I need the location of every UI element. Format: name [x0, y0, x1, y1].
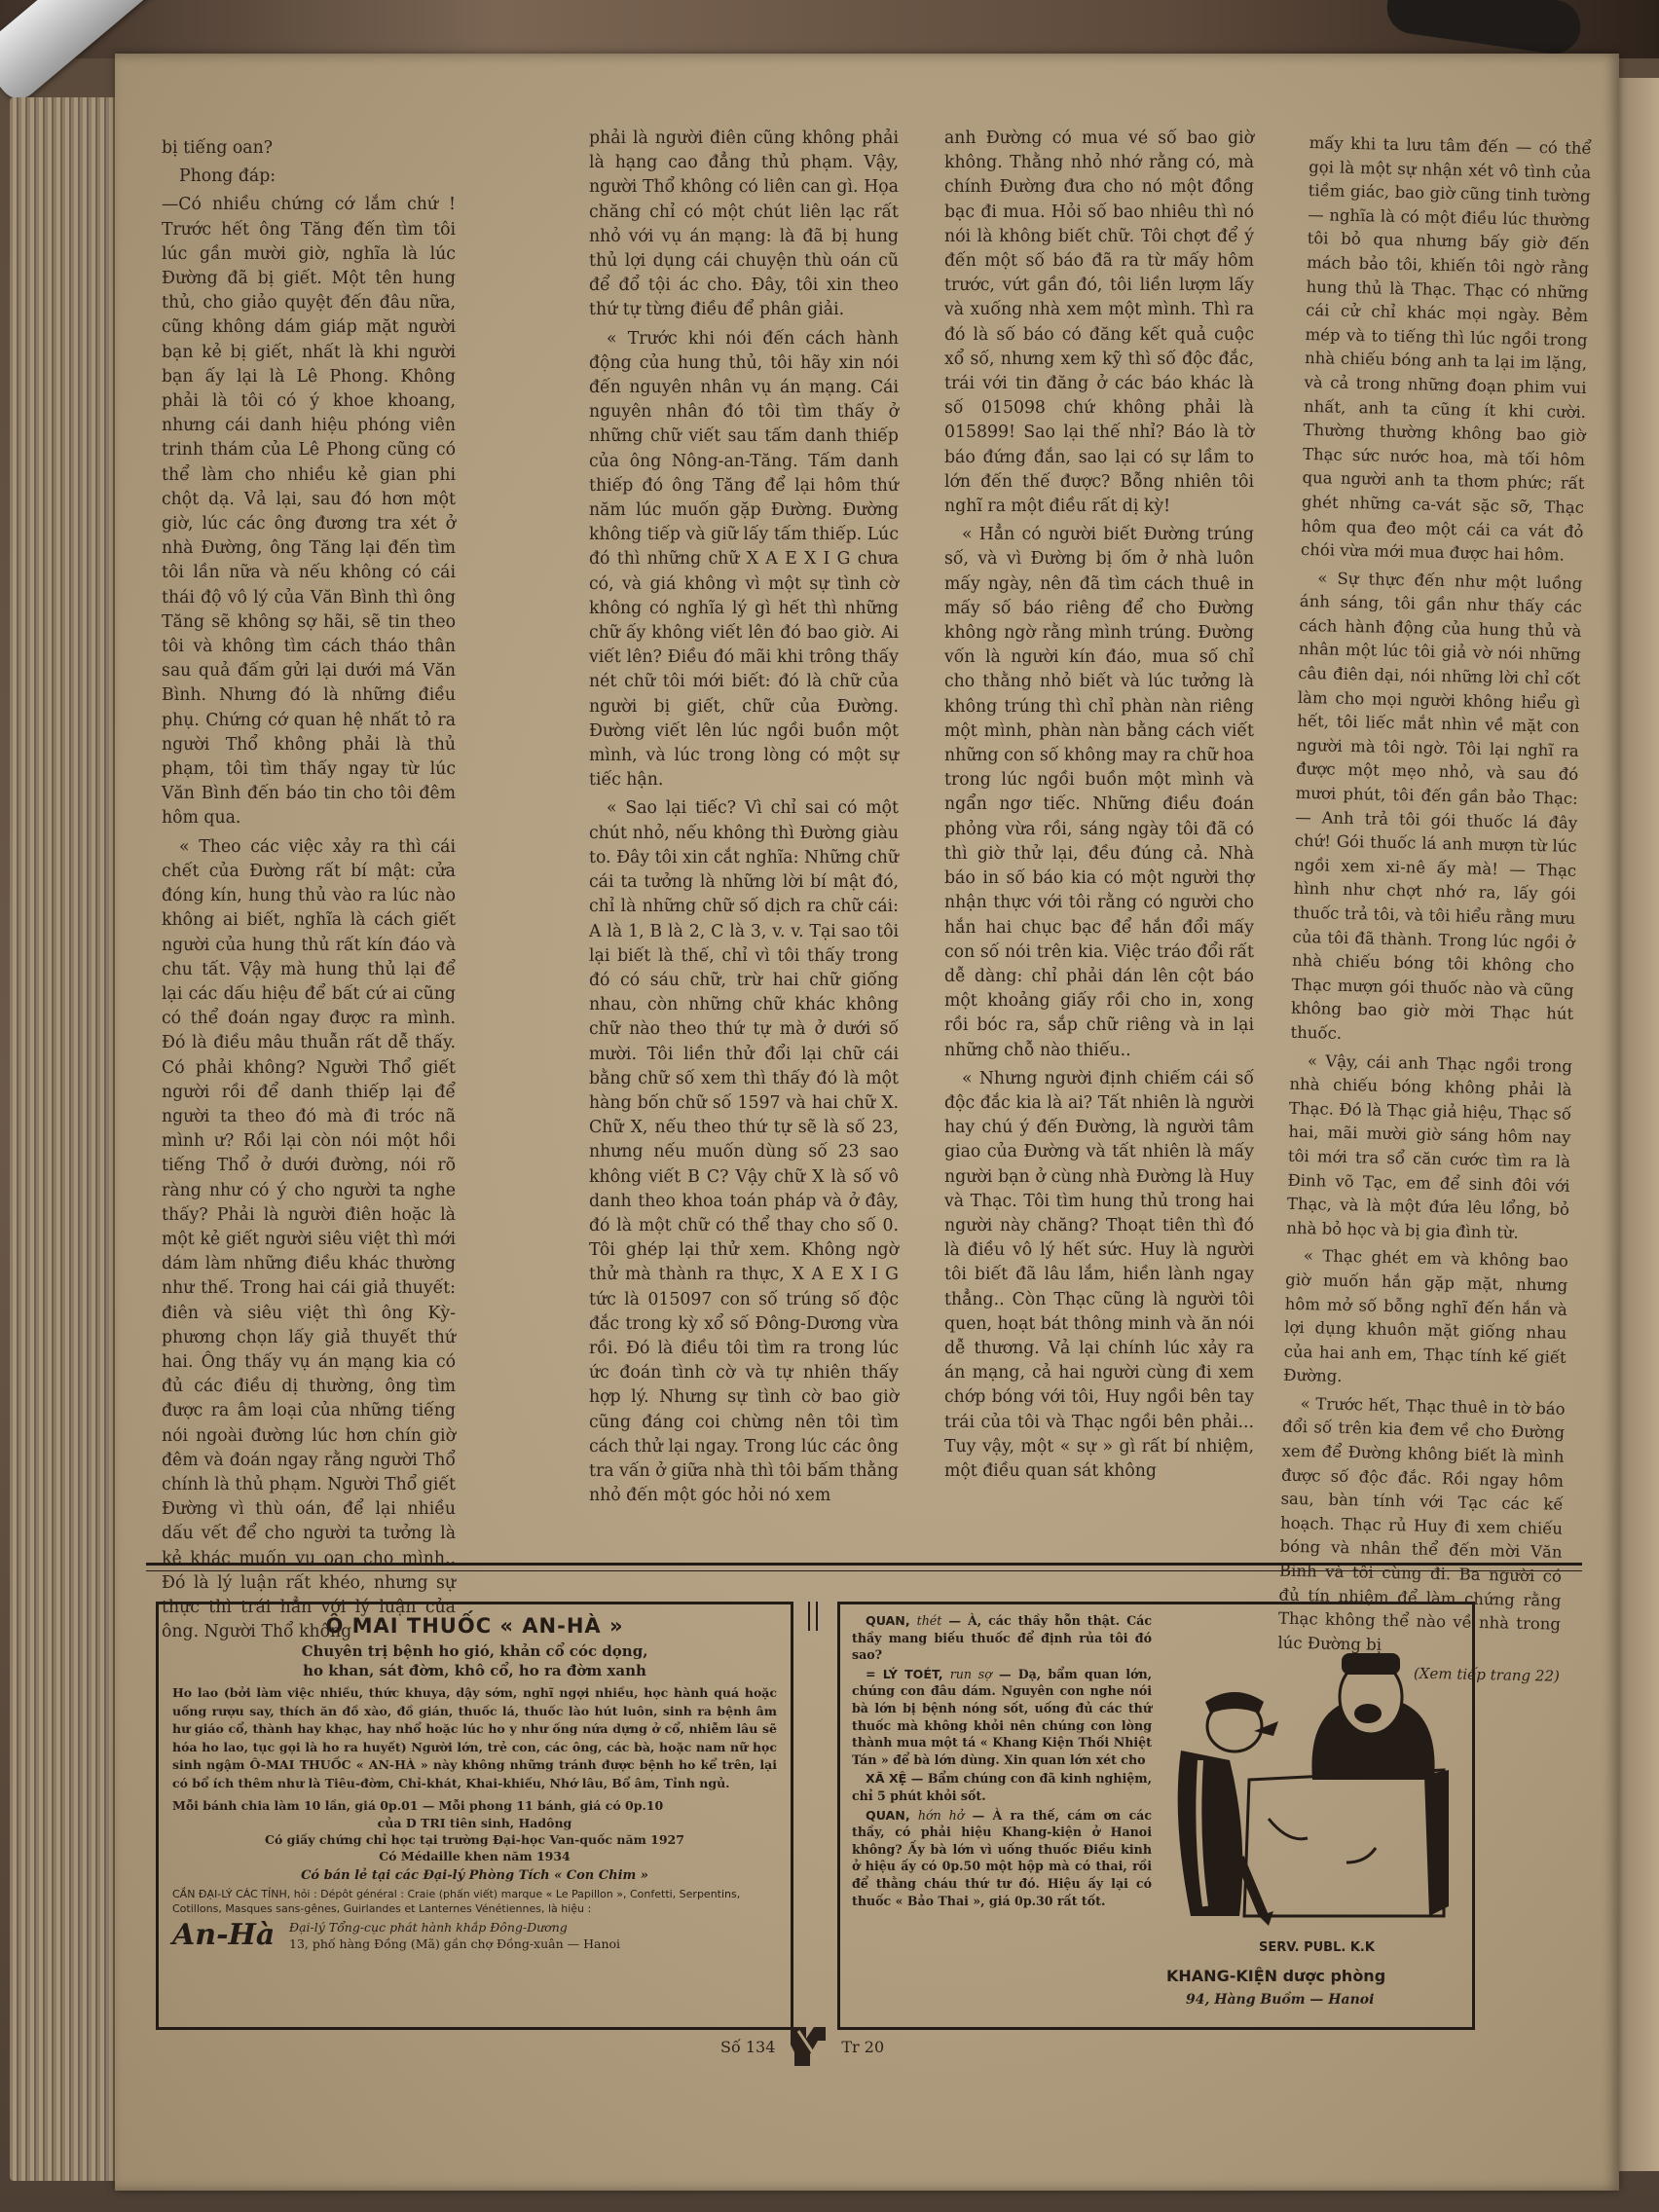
paragraph: Phong đáp:	[162, 165, 456, 189]
paragraph: phải là người điên cũng không phải là hạ…	[589, 127, 899, 323]
dialog-line: XÃ XỆ — Bẩm chúng con đã kinh nghiệm, ch…	[852, 1770, 1152, 1804]
page-number: Tr 20	[841, 2038, 884, 2056]
paragraph: « Sự thực đến như một luồng ánh sáng, tô…	[1290, 567, 1582, 1051]
cartoon-illustration-icon	[1161, 1624, 1463, 1935]
paragraph: —Có nhiều chứng cớ lắm chứ ! Trước hết ô…	[162, 193, 456, 830]
ad-medal: Có Médaille khen năm 1934	[172, 1848, 777, 1864]
paragraph: anh Đường có mua vé số bao giờ không. Th…	[944, 127, 1254, 519]
paragraph: « Nhưng người định chiếm cái số độc đắc …	[944, 1067, 1254, 1484]
paragraph: « Trước khi nói đến cách hành động của h…	[589, 327, 899, 793]
advertisement-an-ha: Ô MAI THUỐC « AN-HÀ » Chuyên trị bệnh ho…	[156, 1602, 793, 2030]
ad-price: Mỗi bánh chia làm 10 lần, giá 0p.01 — Mỗ…	[172, 1797, 777, 1816]
issue-number: Số 134	[720, 2038, 775, 2056]
dialog-line: = LÝ TOÉT, run sợ — Dạ, bẩm quan lớn, ch…	[852, 1666, 1152, 1769]
ad-subtitle: ho khan, sát đờm, khô cổ, ho ra đờm xanh	[172, 1661, 777, 1680]
newspaper-logo-icon	[789, 2025, 828, 2068]
page-footer: Số 134 Tr 20	[720, 2025, 884, 2068]
ad-body: Ho lao (bởi làm việc nhiều, thức khuya, …	[172, 1684, 777, 1793]
ad-brand-row: An-Hà Đại-lý Tổng-cục phát hành khắp Đôn…	[172, 1918, 777, 1952]
ad-address: 13, phố hàng Đồng (Mã) gần chợ Đồng-xuân…	[289, 1935, 620, 1952]
paragraph: bị tiếng oan?	[162, 136, 456, 161]
pharmacy-name: KHANG-KIỆN dược phòng	[1166, 1967, 1385, 1985]
dialog-line: QUAN, thét — À, các thầy hỗn thật. Các t…	[852, 1612, 1152, 1664]
ad-agents: CẦN ĐẠI-LÝ CÁC TỈNH, hỏi : Dépôt général…	[172, 1887, 777, 1916]
dialog-line: QUAN, hớn hở — À ra thế, cám ơn các thầy…	[852, 1807, 1152, 1910]
article-column-1: bị tiếng oan? Phong đáp: —Có nhiều chứng…	[162, 136, 456, 1648]
divider-mark	[808, 1602, 818, 1631]
ad-subtitle: Chuyên trị bệnh ho gió, khản cổ cóc dọng…	[172, 1641, 777, 1661]
ad-title: Ô MAI THUỐC « AN-HÀ »	[172, 1614, 777, 1638]
ad-certificate: Có giấy chứng chỉ học tại trường Đại-học…	[172, 1831, 777, 1848]
paragraph: « Vậy, cái anh Thạc ngồi trong nhà chiếu…	[1286, 1049, 1572, 1246]
ad-dialog: QUAN, thét — À, các thầy hỗn thật. Các t…	[852, 1612, 1152, 1911]
paragraph: mấy khi ta lưu tâm đến — có thể gọi là m…	[1301, 131, 1592, 569]
ad-retail: Có bán lẻ tại các Đại-lý Phòng Tích « Co…	[172, 1868, 777, 1883]
paragraph: « Sao lại tiếc? Vì chỉ sai có một chút n…	[589, 796, 899, 1508]
advertisement-khang-kien: QUAN, thét — À, các thầy hỗn thật. Các t…	[837, 1602, 1475, 2030]
ad-distributor: Đại-lý Tổng-cục phát hành khắp Đông-Dươn…	[289, 1919, 620, 1935]
paragraph: « Theo các việc xảy ra thì cái chết của …	[162, 835, 456, 1645]
ad-brand-info: Đại-lý Tổng-cục phát hành khắp Đông-Dươn…	[289, 1919, 620, 1952]
paragraph: « Hẳn có người biết Đường trúng số, và v…	[944, 523, 1254, 1062]
ad-maker: của D TRI tiên sinh, Hadông	[172, 1815, 777, 1831]
ad-brand-logo: An-Hà	[172, 1918, 289, 1952]
pharmacy-address: 94, Hàng Buồm — Hanoi	[1186, 1992, 1374, 2008]
article-column-3: anh Đường có mua vé số bao giờ không. Th…	[944, 127, 1254, 1488]
paragraph: « Thạc ghét em và không bao giờ muốn hắn…	[1283, 1244, 1568, 1394]
illustration-credit: SERV. PUBL. K.K	[1259, 1940, 1375, 1955]
article-column-2: phải là người điên cũng không phải là hạ…	[589, 127, 899, 1512]
section-divider	[146, 1563, 1582, 1571]
article-column-4: mấy khi ta lưu tâm đến — có thể gọi là m…	[1277, 131, 1592, 1689]
